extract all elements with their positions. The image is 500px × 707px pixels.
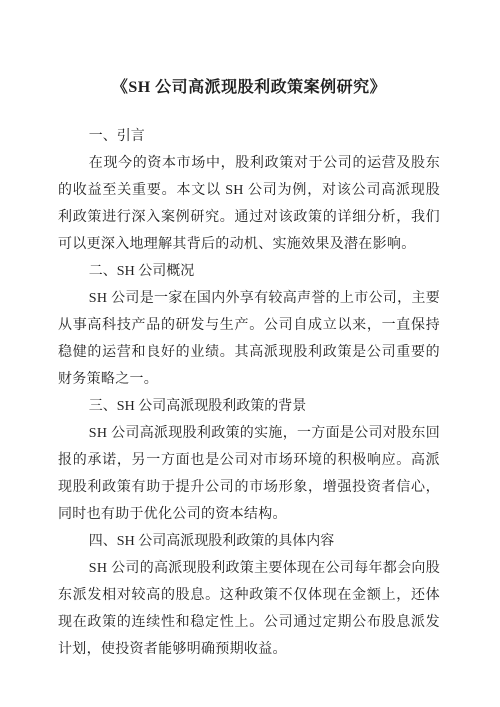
section-company-overview: 二、SH 公司概况 SH 公司是一家在国内外享有较高声誉的上市公司，主要从事高科…	[58, 258, 440, 393]
section-heading: 一、引言	[58, 123, 440, 150]
section-heading: 四、SH 公司高派现股利政策的具体内容	[58, 528, 440, 555]
section-heading: 三、SH 公司高派现股利政策的背景	[58, 393, 440, 420]
section-policy-content: 四、SH 公司高派现股利政策的具体内容 SH 公司的高派现股利政策主要体现在公司…	[58, 528, 440, 663]
document-page: 《SH 公司高派现股利政策案例研究》 一、引言 在现今的资本市场中，股利政策对于…	[0, 0, 500, 707]
document-title: 《SH 公司高派现股利政策案例研究》	[58, 74, 440, 101]
section-paragraph: 在现今的资本市场中，股利政策对于公司的运营及股东的收益至关重要。本文以 SH 公…	[58, 150, 440, 258]
section-policy-background: 三、SH 公司高派现股利政策的背景 SH 公司高派现股利政策的实施，一方面是公司…	[58, 393, 440, 528]
section-heading: 二、SH 公司概况	[58, 258, 440, 285]
section-introduction: 一、引言 在现今的资本市场中，股利政策对于公司的运营及股东的收益至关重要。本文以…	[58, 123, 440, 258]
document-content: 《SH 公司高派现股利政策案例研究》 一、引言 在现今的资本市场中，股利政策对于…	[58, 74, 440, 663]
section-paragraph: SH 公司高派现股利政策的实施，一方面是公司对股东回报的承诺，另一方面也是公司对…	[58, 420, 440, 528]
section-paragraph: SH 公司是一家在国内外享有较高声誉的上市公司，主要从事高科技产品的研发与生产。…	[58, 285, 440, 393]
section-paragraph: SH 公司的高派现股利政策主要体现在公司每年都会向股东派发相对较高的股息。这种政…	[58, 555, 440, 663]
